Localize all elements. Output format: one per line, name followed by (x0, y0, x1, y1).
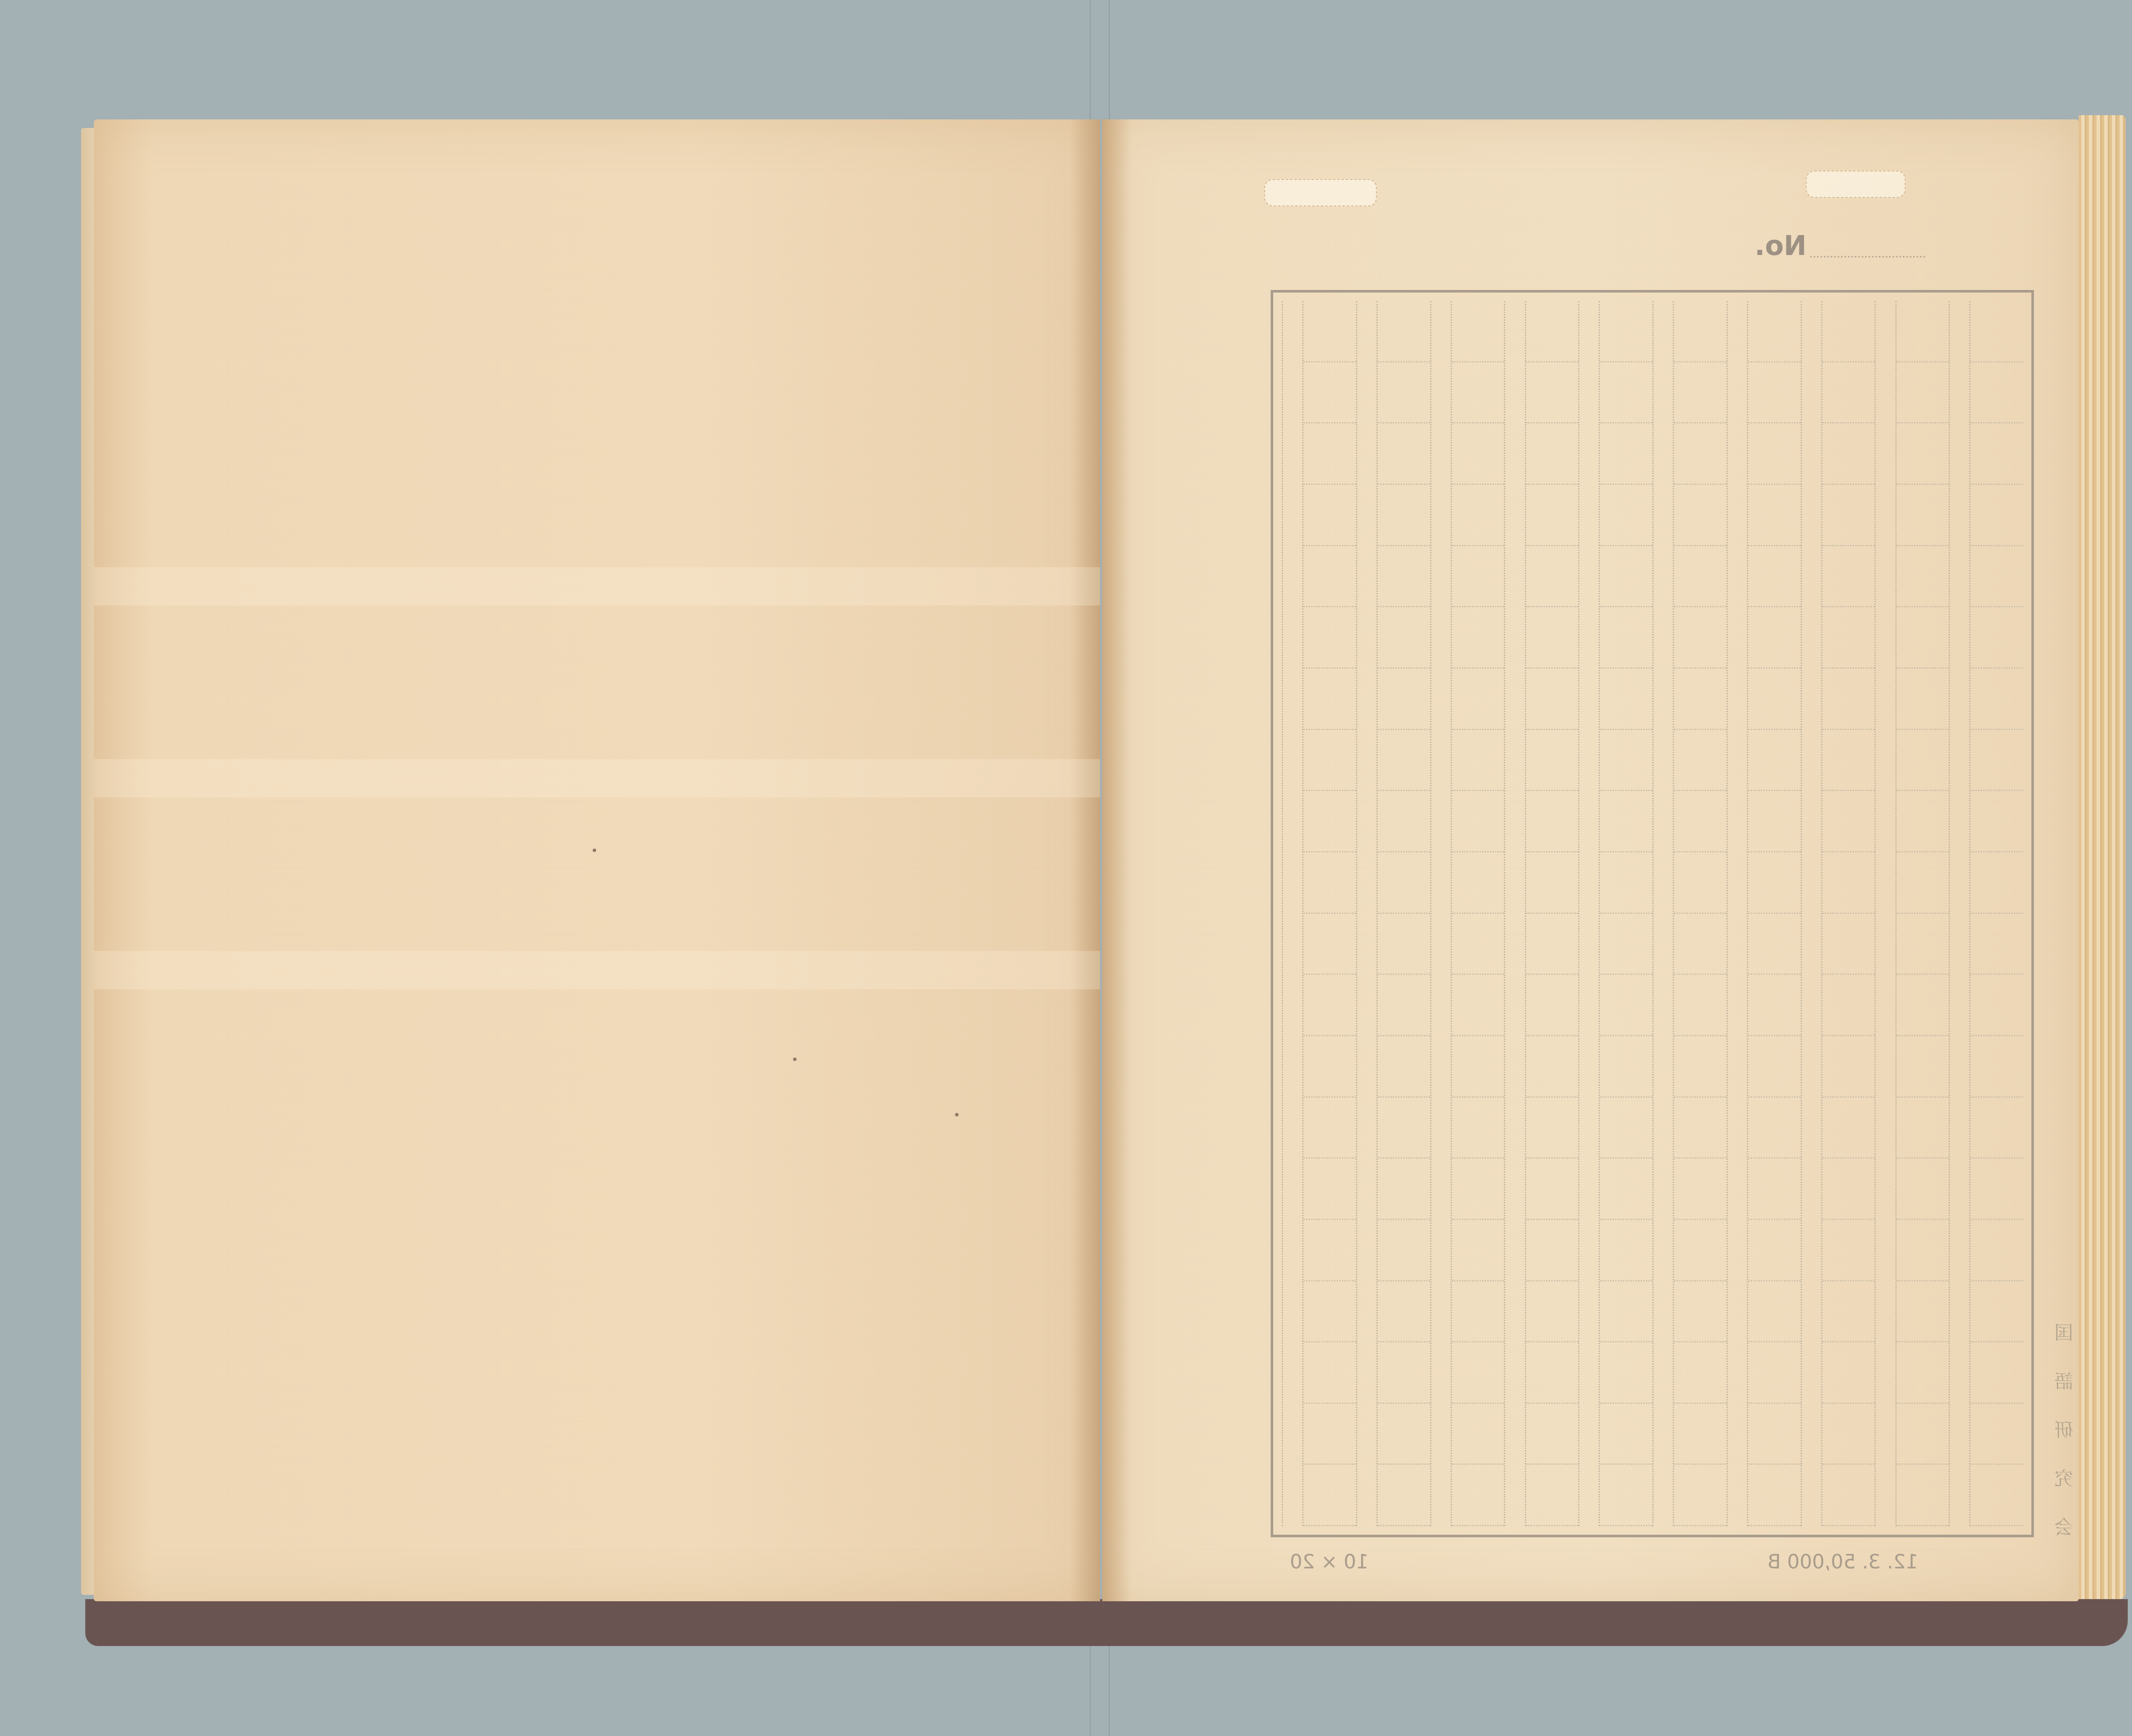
paper-speck (955, 1113, 959, 1116)
grid-cell (1526, 1281, 1579, 1343)
grid-cell (1378, 914, 1430, 975)
grid-column (1949, 301, 2023, 1526)
grid-char-strip (1302, 301, 1356, 1526)
grid-cell (1600, 975, 1652, 1036)
grid-cell (1748, 1159, 1801, 1220)
grid-cell (1822, 1159, 1875, 1220)
grid-cell (1378, 1098, 1430, 1159)
grid-cell (1674, 1159, 1726, 1220)
paper-speck (793, 1058, 797, 1061)
grid-cell (1970, 975, 2023, 1036)
grid-cell (1600, 1159, 1652, 1220)
grid-cell (1452, 301, 1504, 362)
grid-cell (1897, 1159, 1949, 1220)
grid-cell (1674, 301, 1726, 362)
grid-cell (1748, 669, 1801, 730)
grid-cell (1304, 1404, 1356, 1465)
grid-cell (1970, 1342, 2023, 1404)
grid-cell (1304, 1281, 1356, 1343)
manuscript-grid (1271, 290, 2034, 1537)
grid-char-strip (1525, 301, 1579, 1526)
grid-cell (1897, 423, 1949, 485)
tape-residue (1806, 171, 1906, 198)
grid-cell (1822, 791, 1875, 852)
grid-cell (1526, 607, 1579, 669)
grid-cell (1452, 669, 1504, 730)
grid-cell (1304, 362, 1356, 424)
grid-cell (1748, 1465, 1801, 1526)
grid-cell (1822, 1220, 1875, 1281)
grid-cell (1970, 1036, 2023, 1098)
tape-residue (1264, 179, 1377, 206)
grid-cell (1304, 1342, 1356, 1404)
grid-cell (1748, 1036, 1801, 1098)
grid-cell (1600, 546, 1652, 608)
grid-cell (1970, 914, 2023, 975)
grid-char-strip (1747, 301, 1801, 1526)
grid-cell (1674, 362, 1726, 424)
grid-cell (1897, 1465, 1949, 1526)
grid-cell (1304, 1036, 1356, 1098)
grid-cell (1822, 301, 1875, 362)
grid-cell (1674, 791, 1726, 852)
grid-cell (1748, 607, 1801, 669)
grid-cell (1674, 423, 1726, 485)
grid-cell (1970, 1465, 2023, 1526)
grid-cell (1897, 607, 1949, 669)
grid-cell (1526, 1159, 1579, 1220)
grid-cell (1452, 914, 1504, 975)
grid-cell (1304, 669, 1356, 730)
grid-cell (1748, 1098, 1801, 1159)
grid-cell (1526, 1036, 1579, 1098)
grid-cell (1674, 975, 1726, 1036)
grid-cell (1452, 1036, 1504, 1098)
grid-cell (1600, 852, 1652, 914)
grid-cell (1674, 1220, 1726, 1281)
grid-cell (1970, 301, 2023, 362)
grid-cell (1822, 669, 1875, 730)
page-block-fore-edge (2079, 115, 2126, 1599)
grid-cell (1304, 1220, 1356, 1281)
grid-cell (1822, 1342, 1875, 1404)
grid-cell (1600, 1342, 1652, 1404)
grid-cell (1897, 362, 1949, 424)
grid-cell (1897, 1220, 1949, 1281)
grid-cell (1970, 607, 2023, 669)
grid-cell (1600, 1220, 1652, 1281)
grid-cell (1526, 362, 1579, 424)
publisher-char: 研 (2051, 1415, 2077, 1442)
grid-cell (1526, 1342, 1579, 1404)
grid-cell (1822, 607, 1875, 669)
grid-cell (1674, 607, 1726, 669)
grid-cell (1970, 1404, 2023, 1465)
print-code-label: 12. 3. 50,000 B (1767, 1550, 1918, 1573)
grid-cell (1674, 730, 1726, 791)
grid-cell (1304, 546, 1356, 608)
grid-cell (1970, 852, 2023, 914)
grid-column (1430, 301, 1504, 1526)
grid-cell (1378, 1159, 1430, 1220)
grid-column (1504, 301, 1578, 1526)
grid-cell (1378, 362, 1430, 424)
grid-cell (1674, 914, 1726, 975)
grid-cell (1748, 975, 1801, 1036)
grid-cell (1452, 1342, 1504, 1404)
grid-cell (1452, 1465, 1504, 1526)
grid-cell (1378, 1342, 1430, 1404)
grid-column (1652, 301, 1726, 1526)
grid-cell (1526, 730, 1579, 791)
publisher-char: 会 (2051, 1512, 2077, 1539)
grid-ruby-strip (1801, 301, 1821, 1526)
grid-cell (1600, 301, 1652, 362)
paper-wave (94, 759, 1100, 797)
grid-cell (1452, 975, 1504, 1036)
sheet-number-line (1810, 256, 1925, 258)
grid-cell (1452, 1159, 1504, 1220)
grid-cell (1822, 730, 1875, 791)
grid-cell (1378, 1220, 1430, 1281)
grid-cell (1304, 975, 1356, 1036)
grid-cell (1526, 485, 1579, 546)
grid-cell (1378, 669, 1430, 730)
grid-cell (1304, 1159, 1356, 1220)
grid-cell (1452, 607, 1504, 669)
grid-cell (1748, 423, 1801, 485)
grid-cell (1304, 852, 1356, 914)
grid-cell (1748, 730, 1801, 791)
grid-cell (1748, 1220, 1801, 1281)
grid-cell (1822, 1404, 1875, 1465)
grid-cell (1600, 485, 1652, 546)
grid-cell (1452, 1220, 1504, 1281)
grid-cell (1897, 669, 1949, 730)
grid-cell (1897, 791, 1949, 852)
grid-char-strip (1673, 301, 1726, 1526)
grid-cell (1378, 301, 1430, 362)
cover-edge (85, 1599, 2128, 1646)
grid-cell (1378, 485, 1430, 546)
grid-cell (1822, 485, 1875, 546)
publisher-vertical-text: 国 語 研 究 会 (2051, 1318, 2077, 1539)
grid-cell (1970, 1220, 2023, 1281)
left-page (94, 119, 1100, 1601)
grid-cell (1897, 914, 1949, 975)
grid-cell (1822, 423, 1875, 485)
paper-wave (94, 567, 1100, 606)
sheet-number-label: No. (1755, 230, 1807, 262)
grid-ruby-strip (1578, 301, 1599, 1526)
grid-cell (1674, 1342, 1726, 1404)
grid-cell (1600, 1036, 1652, 1098)
grid-column (1578, 301, 1652, 1526)
grid-ruby-strip (1504, 301, 1524, 1526)
grid-cell (1748, 1342, 1801, 1404)
grid-cell (1600, 730, 1652, 791)
grid-cell (1600, 1465, 1652, 1526)
grid-cell (1526, 975, 1579, 1036)
grid-cell (1452, 1098, 1504, 1159)
grid-ruby-strip (1282, 301, 1302, 1526)
grid-cell (1970, 669, 2023, 730)
grid-cell (1897, 975, 1949, 1036)
grid-cell (1970, 1281, 2023, 1343)
grid-cell (1822, 975, 1875, 1036)
grid-column (1874, 301, 1949, 1526)
grid-cell (1897, 301, 1949, 362)
grid-cell (1748, 362, 1801, 424)
grid-cell (1970, 423, 2023, 485)
grid-cell (1526, 852, 1579, 914)
grid-cell (1378, 1036, 1430, 1098)
grid-cell (1526, 423, 1579, 485)
grid-char-strip (1451, 301, 1504, 1526)
grid-cell (1822, 362, 1875, 424)
grid-ruby-strip (1652, 301, 1673, 1526)
grid-cell (1526, 1404, 1579, 1465)
grid-cell (1452, 730, 1504, 791)
grid-cell (1674, 1036, 1726, 1098)
grid-cell (1674, 669, 1726, 730)
sheet-number: No. (1755, 230, 1925, 262)
grid-cell (1452, 423, 1504, 485)
grid-cell (1748, 791, 1801, 852)
grid-cell (1304, 485, 1356, 546)
grid-ruby-strip (1726, 301, 1747, 1526)
grid-column (1726, 301, 1801, 1526)
grid-cell (1378, 423, 1430, 485)
paper-speck (593, 849, 596, 852)
grid-size-label: 10 × 20 (1290, 1550, 1369, 1573)
grid-cell (1748, 1281, 1801, 1343)
grid-cell (1897, 1036, 1949, 1098)
grid-cell (1970, 1159, 2023, 1220)
grid-cell (1526, 1098, 1579, 1159)
grid-cell (1970, 546, 2023, 608)
publisher-char: 国 (2051, 1318, 2077, 1345)
grid-cell (1600, 423, 1652, 485)
grid-column (1801, 301, 1875, 1526)
grid-cell (1674, 1281, 1726, 1343)
grid-cell (1674, 852, 1726, 914)
grid-cell (1748, 1404, 1801, 1465)
grid-ruby-strip (1874, 301, 1895, 1526)
grid-cell (1822, 1036, 1875, 1098)
grid-cell (1452, 852, 1504, 914)
grid-cell (1897, 546, 1949, 608)
grid-ruby-strip (1949, 301, 1969, 1526)
grid-cell (1378, 546, 1430, 608)
grid-char-strip (1599, 301, 1652, 1526)
grid-cell (1452, 791, 1504, 852)
grid-cell (1526, 301, 1579, 362)
grid-cell (1378, 852, 1430, 914)
grid-cell (1897, 1342, 1949, 1404)
grid-cell (1452, 485, 1504, 546)
grid-cell (1970, 730, 2023, 791)
grid-cell (1897, 1404, 1949, 1465)
grid-cell (1452, 546, 1504, 608)
grid-cell (1897, 1281, 1949, 1343)
grid-char-strip (1895, 301, 1949, 1526)
grid-cell (1304, 423, 1356, 485)
grid-cell (1970, 1098, 2023, 1159)
grid-cell (1970, 362, 2023, 424)
right-page: No. 国 語 研 究 会 10 × 20 12. 3. 50,000 B (1102, 119, 2079, 1601)
grid-cell (1600, 1281, 1652, 1343)
grid-cell (1378, 1465, 1430, 1526)
grid-cell (1452, 1404, 1504, 1465)
grid-cell (1897, 852, 1949, 914)
grid-cell (1674, 1404, 1726, 1465)
grid-cell (1600, 1404, 1652, 1465)
grid-cell (1378, 1281, 1430, 1343)
grid-cell (1600, 607, 1652, 669)
grid-cell (1600, 914, 1652, 975)
grid-cell (1526, 669, 1579, 730)
grid-cell (1748, 546, 1801, 608)
open-notebook: No. 国 語 研 究 会 10 × 20 12. 3. 50,000 B (81, 111, 2132, 1629)
grid-cell (1970, 791, 2023, 852)
grid-char-strip (1969, 301, 2023, 1526)
grid-cell (1378, 730, 1430, 791)
grid-cell (1304, 301, 1356, 362)
paper-wave (94, 951, 1100, 989)
grid-cell (1674, 546, 1726, 608)
grid-cell (1526, 1465, 1579, 1526)
grid-cell (1304, 914, 1356, 975)
grid-cell (1526, 791, 1579, 852)
grid-cell (1822, 1281, 1875, 1343)
grid-cell (1748, 301, 1801, 362)
grid-char-strip (1821, 301, 1875, 1526)
grid-cell (1897, 1098, 1949, 1159)
grid-cell (1378, 975, 1430, 1036)
grid-cell (1822, 852, 1875, 914)
grid-cell (1600, 362, 1652, 424)
grid-cell (1822, 1098, 1875, 1159)
publisher-char: 語 (2051, 1366, 2077, 1394)
grid-cell (1897, 730, 1949, 791)
grid-cell (1304, 791, 1356, 852)
grid-column (1356, 301, 1430, 1526)
grid-cell (1526, 1220, 1579, 1281)
grid-cell (1748, 914, 1801, 975)
grid-cell (1304, 1098, 1356, 1159)
grid-cell (1822, 546, 1875, 608)
grid-cell (1897, 485, 1949, 546)
publisher-char: 究 (2051, 1464, 2077, 1491)
grid-cell (1378, 607, 1430, 669)
grid-cell (1822, 1465, 1875, 1526)
grid-cell (1970, 485, 2023, 546)
grid-cell (1674, 1465, 1726, 1526)
grid-cell (1600, 791, 1652, 852)
grid-cell (1748, 485, 1801, 546)
grid-ruby-strip (1356, 301, 1376, 1526)
grid-cell (1378, 1404, 1430, 1465)
grid-cell (1378, 791, 1430, 852)
grid-cell (1452, 1281, 1504, 1343)
grid-cell (1452, 362, 1504, 424)
grid-cell (1526, 914, 1579, 975)
grid-cell (1600, 1098, 1652, 1159)
grid-cell (1674, 1098, 1726, 1159)
grid-cell (1304, 730, 1356, 791)
grid-cell (1600, 669, 1652, 730)
grid-char-strip (1376, 301, 1430, 1526)
grid-cell (1304, 1465, 1356, 1526)
grid-cell (1822, 914, 1875, 975)
grid-cell (1748, 852, 1801, 914)
grid-cell (1674, 485, 1726, 546)
grid-column (1282, 301, 1356, 1526)
grid-cell (1304, 607, 1356, 669)
grid-cell (1526, 546, 1579, 608)
grid-ruby-strip (1430, 301, 1451, 1526)
